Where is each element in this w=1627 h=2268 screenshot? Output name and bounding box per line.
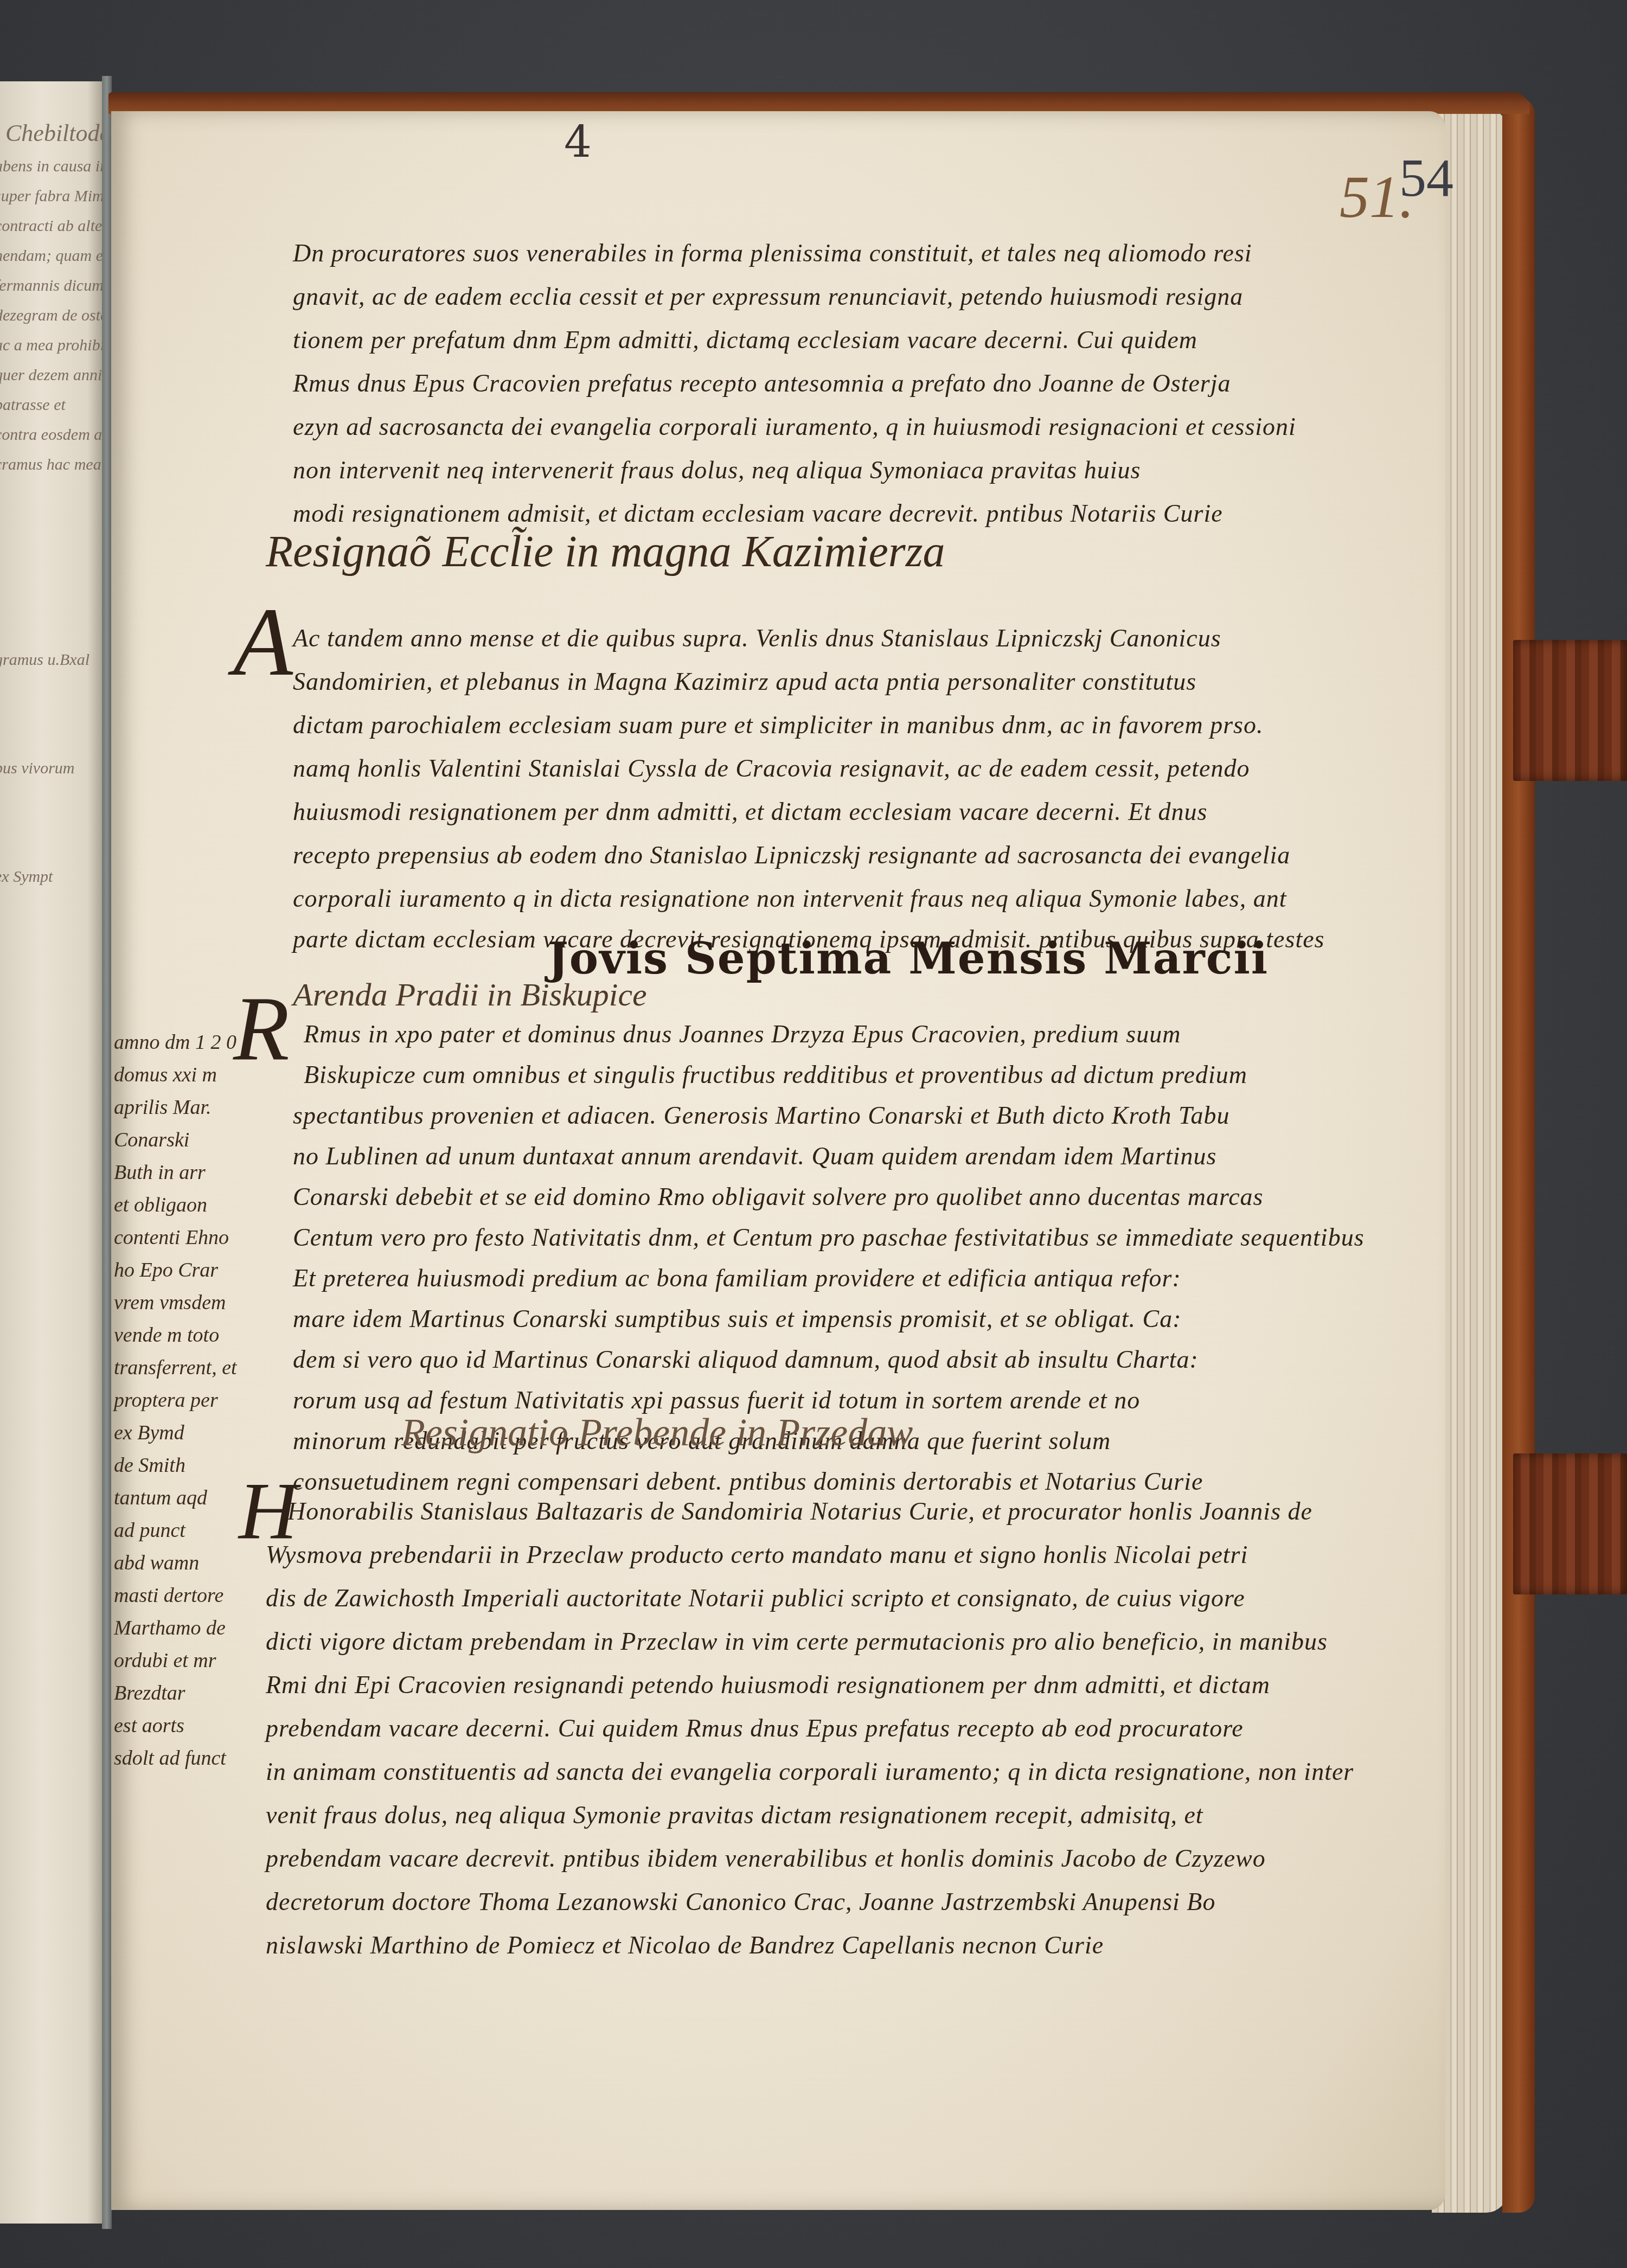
left-note: contra eosdem abin: [0, 426, 103, 444]
text-line: huiusmodi resignationem per dnm admitti,… [293, 797, 1207, 826]
text-line: decretorum doctore Thoma Lezanowski Cano… [266, 1887, 1215, 1916]
text-line: spectantibus provenien et adiacen. Gener… [293, 1101, 1229, 1130]
text-line: prebendam vacare decrevit. pntibus ibide… [266, 1844, 1266, 1873]
text-line: Rmi dni Epi Cracovien resignandi petendo… [266, 1670, 1270, 1699]
left-note: cramus hac mea [0, 456, 101, 474]
text-line: consuetudinem regni compensari debent. p… [293, 1467, 1203, 1496]
left-facing-page: Chebiltodeky abens in causa inter super … [0, 81, 103, 2224]
text-line: nislawski Marthino de Pomiecz et Nicolao… [266, 1931, 1104, 1959]
left-note: ex Sympt [0, 868, 53, 886]
text-line: prebendam vacare decerni. Cui quidem Rmu… [266, 1714, 1244, 1742]
decorated-initial: R [233, 976, 290, 1082]
left-note: patrasse et [0, 396, 66, 414]
text-line: recepto prepensius ab eodem dno Stanisla… [293, 841, 1290, 869]
margin-note: masti dertore [114, 1584, 223, 1607]
text-line: Sandomirien, et plebanus in Magna Kazimi… [293, 667, 1196, 696]
margin-note: de Smith [114, 1453, 185, 1477]
margin-heading: Arenda Pradii in Biskupice [293, 976, 647, 1014]
text-line: dem si vero quo id Martinus Conarski ali… [293, 1345, 1199, 1374]
decorated-initial: A [233, 586, 293, 698]
left-note: nendam; quam ex hys [0, 247, 103, 265]
text-line: Biskupicze cum omnibus et singulis fruct… [304, 1060, 1247, 1089]
text-line: mare idem Martinus Conarski sumptibus su… [293, 1304, 1182, 1333]
folio-number-pencil: 54 [1399, 146, 1453, 209]
text-line: no Lublinen ad unum duntaxat annum arend… [293, 1142, 1216, 1170]
leather-cover-edge [1502, 98, 1535, 2213]
text-line: non intervenit neq intervenerit fraus do… [293, 456, 1141, 484]
margin-note: ex Bymd [114, 1421, 184, 1445]
section-heading: Resignaõ Eccl̃ie in magna Kazimierza [266, 526, 945, 577]
text-line: dictam parochialem ecclesiam suam pure e… [293, 710, 1263, 739]
margin-note: ordubi et mr [114, 1649, 216, 1673]
text-line: ezyn ad sacrosancta dei evangelia corpor… [293, 412, 1296, 441]
margin-note: vrem vmsdem [114, 1291, 226, 1315]
text-line: dicti vigore dictam prebendam in Przecla… [266, 1627, 1328, 1656]
margin-note: et obligaon [114, 1193, 207, 1217]
text-line: Rmus dnus Epus Cracovien prefatus recept… [293, 369, 1231, 398]
margin-note: tantum aqd [114, 1486, 207, 1510]
text-line: Conarski debebit et se eid domino Rmo ob… [293, 1182, 1263, 1211]
margin-note: domus xxi m [114, 1063, 217, 1087]
section-heading: Resignatio Prebende in Przedaw [401, 1410, 913, 1455]
margin-note: abd wamn [114, 1551, 199, 1575]
margin-note: ad punct [114, 1519, 185, 1542]
margin-note: sdolt ad funct [114, 1746, 226, 1770]
text-line: tionem per prefatum dnm Epm admitti, dic… [293, 325, 1197, 354]
text-line: venit fraus dolus, neq aliqua Symonie pr… [266, 1801, 1203, 1829]
margin-note: Brezdtar [114, 1681, 185, 1705]
left-note: quer dezem annis [0, 366, 103, 385]
text-line: Centum vero pro festo Nativitatis dnm, e… [293, 1223, 1365, 1252]
text-line: Ac tandem anno mense et die quibus supra… [293, 624, 1221, 652]
text-line: Dn procuratores suos venerabiles in form… [293, 239, 1252, 267]
margin-note: amno dm 1 2 0 [114, 1030, 236, 1054]
margin-note: proptera per [114, 1388, 218, 1412]
margin-note: ho Epo Crar [114, 1258, 218, 1282]
pencil-mark: 4 [564, 117, 592, 167]
left-note: ac a mea prohibito [0, 336, 103, 355]
text-line: Et preterea huiusmodi predium ac bona fa… [293, 1264, 1181, 1292]
left-note: gramus u.Bxal [0, 651, 89, 669]
left-note: dezegram de osterv [0, 306, 103, 325]
date-heading: Jovis Septima Mensis Marcii [548, 933, 1269, 984]
margin-note: transferrent, et [114, 1356, 237, 1380]
margin-note: aprilis Mar. [114, 1095, 211, 1119]
leather-strap-upper [1513, 640, 1627, 781]
text-line: dis de Zawichosth Imperiali auctoritate … [266, 1584, 1245, 1612]
margin-note: est aorts [114, 1714, 184, 1738]
left-note: abens in causa inter [0, 157, 103, 176]
leather-cover-top [108, 92, 1529, 114]
text-line: Wysmova prebendarii in Przeclaw producto… [266, 1540, 1248, 1569]
margin-note: vende m toto [114, 1323, 219, 1347]
text-line: namq honlis Valentini Stanislai Cyssla d… [293, 754, 1250, 783]
left-note: super fabra Mimnom, [0, 187, 103, 206]
text-line: Rmus in xpo pater et dominus dnus Joanne… [304, 1020, 1181, 1048]
left-page-heading: Chebiltodeky [5, 119, 103, 147]
margin-note: Marthamo de [114, 1616, 226, 1640]
margin-note: Buth in arr [114, 1161, 206, 1184]
text-line: Honorabilis Stanislaus Baltazaris de San… [287, 1497, 1312, 1526]
left-note: fermannis dicumus [0, 277, 103, 295]
margin-note: Conarski [114, 1128, 189, 1152]
leather-strap-lower [1513, 1453, 1627, 1594]
margin-note: contenti Ehno [114, 1226, 229, 1250]
text-line: gnavit, ac de eadem ecclia cessit et per… [293, 282, 1243, 311]
text-line: in animam constituentis ad sancta dei ev… [266, 1757, 1354, 1786]
text-line: modi resignationem admisit, et dictam ec… [293, 499, 1223, 528]
left-note: contracti ab altera [0, 217, 103, 235]
left-note: pus vivorum [0, 759, 74, 778]
left-cover-edge [102, 76, 112, 2229]
text-line: corporali iuramento q in dicta resignati… [293, 884, 1286, 913]
